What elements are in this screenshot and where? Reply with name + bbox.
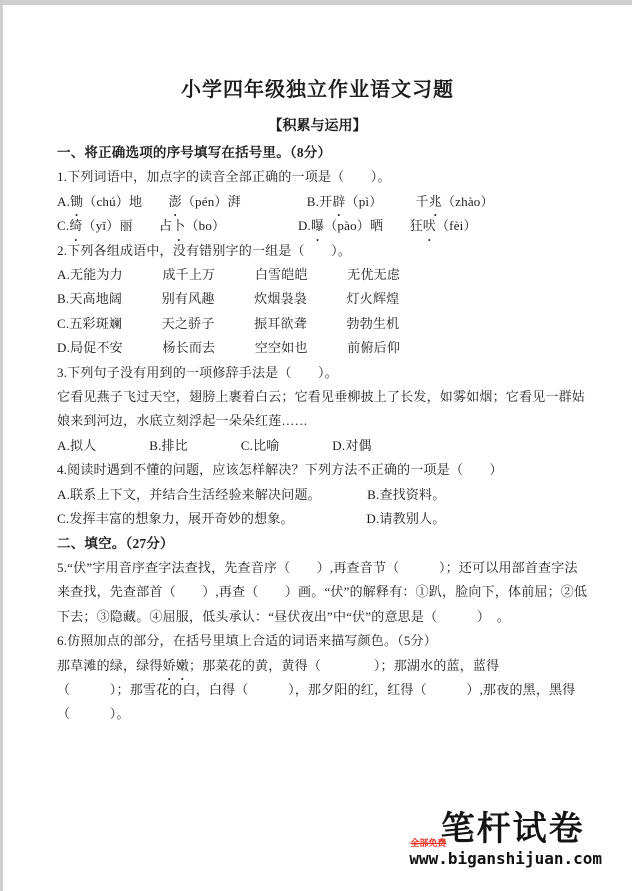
emphasis-dotted-char: 绮 [69,214,82,238]
doc-text: 4.阅读时遇到不懂的问题，应该怎样解决？下列方法不正确的一项是（ ） [57,462,503,477]
page-frame: 小学四年级独立作业语文习题 【积累与运用】 一、将正确选项的序号填写在括号里。（… [0,0,632,891]
doc-text: （pì） 千 [346,194,429,209]
doc-text: （zhào） [442,194,494,209]
doc-text: 娘来到河边，水底立刻浮起一朵朵红莲…… [57,413,308,428]
doc-line: C.五彩斑斓 天之骄子 振耳欲聋 勃勃生机 [57,312,604,336]
watermark-brand-text: 笔杆试卷 [423,809,602,849]
doc-line: C.绮（yǐ）丽 占卜（bo） D.曝（pào）晒 狂吠（fèi） [57,214,604,238]
doc-line: 1.下列词语中，加点字的读音全部正确的一项是（ ）。 [57,165,604,189]
emphasis-dotted-char: 娇 [163,654,176,678]
doc-body: 一、将正确选项的序号填写在括号里。（8分）1.下列词语中，加点字的读音全部正确的… [57,141,604,727]
doc-line: A.锄（chú）地 澎（pén）湃 B.开辟（pì） 千兆（zhào） [57,190,604,214]
doc-text: 3.下列句子没有用到的一项修辞手法是（ ）。 [57,365,338,380]
doc-text: ；那菜花的黄，黄得（ ）；那湖水的蓝，蓝得 [189,658,499,673]
doc-text: 那草滩的绿，绿得 [57,658,163,673]
doc-line: 它看见燕子飞过天空，翅膀上裹着白云；它看见垂柳披上了长发，如雾如烟；它看见一群姑 [57,385,604,409]
doc-text: A.无能为力 成千上万 白雪皑皑 无优无虑 [57,267,400,282]
doc-text: 它看见燕子飞过天空，翅膀上裹着白云；它看见垂柳披上了长发，如雾如烟；它看见一群姑 [57,389,585,404]
doc-line: 3.下列句子没有用到的一项修辞手法是（ ）。 [57,361,604,385]
doc-line: 娘来到河边，水底立刻浮起一朵朵红莲…… [57,409,604,433]
doc-line: 二、填空。（27分） [57,532,604,556]
doc-line: D.局促不安 杨长而去 空空如也 前俯后仰 [57,336,604,360]
doc-text: （pào）晒 狂 [324,218,423,233]
doc-text: 一、将正确选项的序号填写在括号里。（8分） [57,145,331,160]
emphasis-dotted-char: 吠 [423,214,436,238]
doc-text: （bo） D. [185,218,311,233]
emphasis-dotted-char: 卜 [172,214,185,238]
doc-text: C.五彩斑斓 天之骄子 振耳欲聋 勃勃生机 [57,316,399,331]
doc-text: （ ）。 [57,706,130,721]
doc-subtitle: 【积累与运用】 [57,117,578,137]
doc-line: 6.仿照加点的部分，在括号里填上合适的词语来描写颜色。（5分） [57,629,604,653]
doc-text: （chú）地 [83,194,168,209]
doc-text: 下去；③隐藏。④屈服，低头承认：“昼伏夜出”中“伏”的意思是（ ） 。 [57,609,510,624]
worksheet-page: 小学四年级独立作业语文习题 【积累与运用】 一、将正确选项的序号填写在括号里。（… [3,5,632,727]
watermark-free-label: 全部免费 [410,839,446,848]
emphasis-dotted-char: 曝 [311,214,324,238]
watermark: 笔杆试卷 全部免费www.biganshijuan.com [409,809,602,869]
doc-line: B.天高地阔 别有风趣 炊烟袅袅 灯火辉煌 [57,287,604,311]
doc-text: C.发挥丰富的想象力，展开奇妙的想象。 D.请教别人。 [57,511,445,526]
doc-text: （pén）湃 B.开 [182,194,333,209]
doc-text: 来查找，先查部首（ ）,再查（ ）画。“伏”的解释有：①趴，脸向下，体前屈；②低 [57,584,587,599]
emphasis-dotted-char: 锄 [70,190,83,214]
doc-text: 二、填空。（27分） [57,536,174,551]
doc-line: C.发挥丰富的想象力，展开奇妙的想象。 D.请教别人。 [57,507,604,531]
doc-text: 5.“伏”字用音序查字法查找，先查音序（ ）,再查音节（ ）；还可以用部首查字法 [57,560,578,575]
doc-line: 4.阅读时遇到不懂的问题，应该怎样解决？下列方法不正确的一项是（ ） [57,458,604,482]
doc-line: （ ）；那雪花的白，白得（ ），那夕阳的红，红得（ ）,那夜的黑，黑得 [57,678,604,702]
doc-text: A.拟人 B.排比 C.比喻 D.对偶 [57,438,372,453]
doc-line: 下去；③隐藏。④屈服，低头承认：“昼伏夜出”中“伏”的意思是（ ） 。 [57,605,604,629]
doc-text: A.联系上下文，并结合生活经验来解决问题。 B.查找资料。 [57,487,445,502]
doc-line: A.联系上下文，并结合生活经验来解决问题。 B.查找资料。 [57,483,604,507]
doc-text: （yǐ）丽 占 [83,218,173,233]
doc-line: 那草滩的绿，绿得娇嫩；那菜花的黄，黄得（ ）；那湖水的蓝，蓝得 [57,654,604,678]
doc-text: 2.下列各组成语中，没有错别字的一组是（ ）。 [57,243,351,258]
emphasis-dotted-char: 嫩 [176,654,189,678]
emphasis-dotted-char: 兆 [429,190,442,214]
emphasis-dotted-char: 澎 [169,190,182,214]
doc-text: C. [57,218,69,233]
doc-text: 6.仿照加点的部分，在括号里填上合适的词语来描写颜色。（5分） [57,633,437,648]
emphasis-dotted-char: 辟 [332,190,345,214]
doc-title: 小学四年级独立作业语文习题 [57,79,578,101]
doc-text: D.局促不安 杨长而去 空空如也 前俯后仰 [57,340,400,355]
doc-text: （fèi） [436,218,477,233]
doc-text: （ ）；那雪花的白，白得（ ），那夕阳的红，红得（ ）,那夜的黑，黑得 [57,682,575,697]
doc-line: 一、将正确选项的序号填写在括号里。（8分） [57,141,604,165]
doc-line: 来查找，先查部首（ ）,再查（ ）画。“伏”的解释有：①趴，脸向下，体前屈；②低 [57,580,604,604]
doc-line: A.无能为力 成千上万 白雪皑皑 无优无虑 [57,263,604,287]
doc-line: 2.下列各组成语中，没有错别字的一组是（ ）。 [57,239,604,263]
watermark-url: www.biganshijuan.com [409,849,602,868]
doc-line: A.拟人 B.排比 C.比喻 D.对偶 [57,434,604,458]
doc-text: 1.下列词语中，加点字的读音全部正确的一项是（ ）。 [57,169,391,184]
doc-line: （ ）。 [57,702,604,726]
doc-text: B.天高地阔 别有风趣 炊烟袅袅 灯火辉煌 [57,291,399,306]
doc-text: A. [57,194,70,209]
doc-line: 5.“伏”字用音序查字法查找，先查音序（ ）,再查音节（ ）；还可以用部首查字法 [57,556,604,580]
watermark-url-row: 全部免费www.biganshijuan.com [409,849,602,869]
